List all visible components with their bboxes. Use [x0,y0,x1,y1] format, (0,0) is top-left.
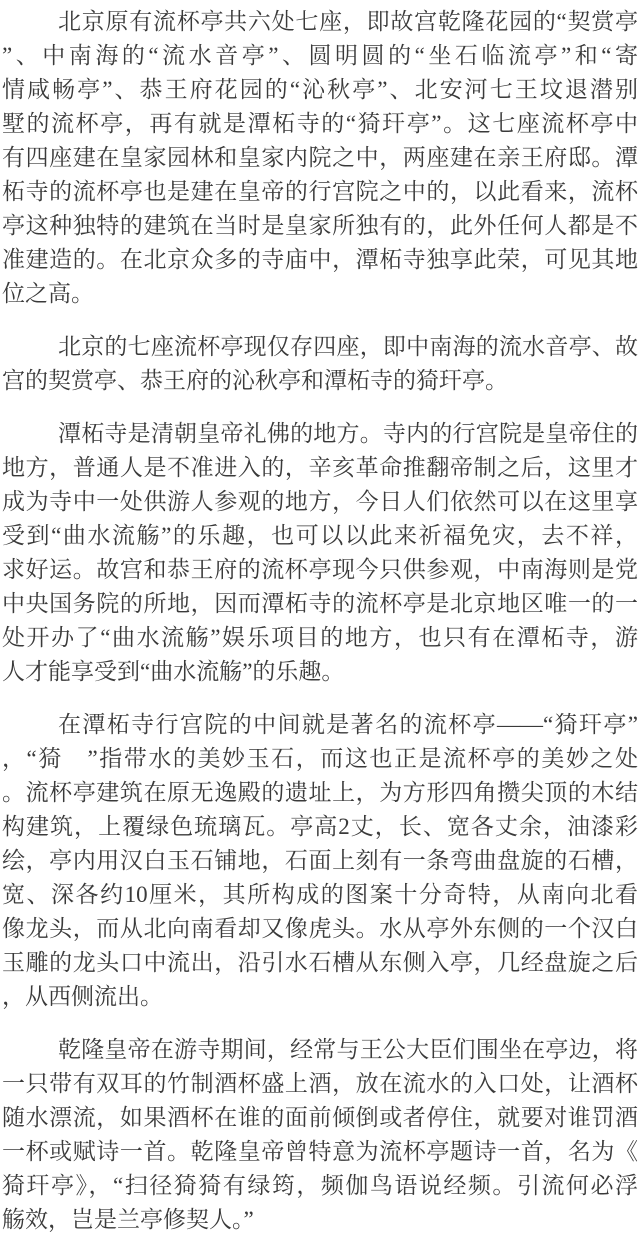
text-line: 墅的流杯亭，再有就是潭柘寺的“猗玕亭”。这七座流杯亭中 [2,107,638,141]
text-line: 柘寺的流杯亭也是建在皇帝的行宫院之中的，以此看来，流杯 [2,175,638,209]
text-line: ，从西侧流出。 [2,980,638,1014]
text-line: 地方，普通人是不准进入的，辛亥革命推翻帝制之后，这里才 [2,451,638,485]
text-line: 。流杯亭建筑在原无逸殿的遗址上，为方形四角攒尖顶的木结 [2,776,638,810]
text-line: 北京原有流杯亭共六处七座，即故宫乾隆花园的“契赏亭 [2,5,638,39]
text-line: 情咸畅亭”、恭王府花园的“沁秋亭”、北安河七王坟退潜别 [2,73,638,107]
text-line: 宽、深各约10厘米，其所构成的图案十分奇特，从南向北看 [2,878,638,912]
paragraph: 乾隆皇帝在游寺期间，经常与王公大臣们围坐在亭边，将一只带有双耳的竹制酒杯盛上酒，… [2,1033,638,1237]
article-body: 北京原有流杯亭共六处七座，即故宫乾隆花园的“契赏亭”、中南海的“流水音亭”、圆明… [0,0,640,1237]
text-line: 构建筑，上覆绿色琉璃瓦。亭高2丈，长、宽各丈余，油漆彩 [2,810,638,844]
text-line: 处开办了“曲水流觞”娱乐项目的地方，也只有在潭柘寺，游 [2,621,638,655]
text-line: 北京的七座流杯亭现仅存四座，即中南海的流水音亭、故 [2,330,638,364]
text-line: 潭柘寺是清朝皇帝礼佛的地方。寺内的行宫院是皇帝住的 [2,417,638,451]
document-page: { "document": { "language": "zh-CN", "ba… [0,0,640,1251]
text-line: ，“猗 ”指带水的美妙玉石，而这也正是流杯亭的美妙之处 [2,742,638,776]
text-line: 宫的契赏亭、恭王府的沁秋亭和潭柘寺的猗玕亭。 [2,364,638,398]
paragraph: 北京的七座流杯亭现仅存四座，即中南海的流水音亭、故宫的契赏亭、恭王府的沁秋亭和潭… [2,330,638,398]
text-line: 玉雕的龙头口中流出，沿引水石槽从东侧入亭，几经盘旋之后 [2,946,638,980]
text-line: 准建造的。在北京众多的寺庙中，潭柘寺独享此荣，可见其地 [2,243,638,277]
text-line: 求好运。故宫和恭王府的流杯亭现今只供参观，中南海则是党 [2,553,638,587]
text-line: 一只带有双耳的竹制酒杯盛上酒，放在流水的入口处，让酒杯 [2,1067,638,1101]
text-line: 受到“曲水流觞”的乐趣，也可以以此来祈福免灾，去不祥， [2,519,638,553]
text-line: 一杯或赋诗一首。乾隆皇帝曾特意为流杯亭题诗一首，名为《 [2,1135,638,1169]
paragraph: 潭柘寺是清朝皇帝礼佛的地方。寺内的行宫院是皇帝住的地方，普通人是不准进入的，辛亥… [2,417,638,689]
text-line: 成为寺中一处供游人参观的地方，今日人们依然可以在这里享 [2,485,638,519]
text-line: ”、中南海的“流水音亭”、圆明圆的“坐石临流亭”和“寄 [2,39,638,73]
text-line: 随水漂流，如果酒杯在谁的面前倾倒或者停住，就要对谁罚酒 [2,1101,638,1135]
text-line: 中央国务院的所地，因而潭柘寺的流杯亭是北京地区唯一的一 [2,587,638,621]
paragraph: 在潭柘寺行宫院的中间就是著名的流杯亭——“猗玕亭”，“猗 ”指带水的美妙玉石，而… [2,708,638,1014]
text-line: 位之高。 [2,277,638,311]
text-line: 像龙头，而从北向南看却又像虎头。水从亭外东侧的一个汉白 [2,912,638,946]
text-line: 有四座建在皇家园林和皇家内院之中，两座建在亲王府邸。潭 [2,141,638,175]
text-line: 人才能享受到“曲水流觞”的乐趣。 [2,655,638,689]
text-line: 猗玕亭》，“扫径猗猗有绿筠，频伽鸟语说经频。引流何必浮 [2,1169,638,1203]
text-line: 在潭柘寺行宫院的中间就是著名的流杯亭——“猗玕亭” [2,708,638,742]
text-line: 乾隆皇帝在游寺期间，经常与王公大臣们围坐在亭边，将 [2,1033,638,1067]
text-line: 绘，亭内用汉白玉石铺地，石面上刻有一条弯曲盘旋的石槽， [2,844,638,878]
paragraph: 北京原有流杯亭共六处七座，即故宫乾隆花园的“契赏亭”、中南海的“流水音亭”、圆明… [2,5,638,311]
text-line: 亭这种独特的建筑在当时是皇家所独有的，此外任何人都是不 [2,209,638,243]
text-line: 觞效，岂是兰亭修契人。” [2,1203,638,1237]
